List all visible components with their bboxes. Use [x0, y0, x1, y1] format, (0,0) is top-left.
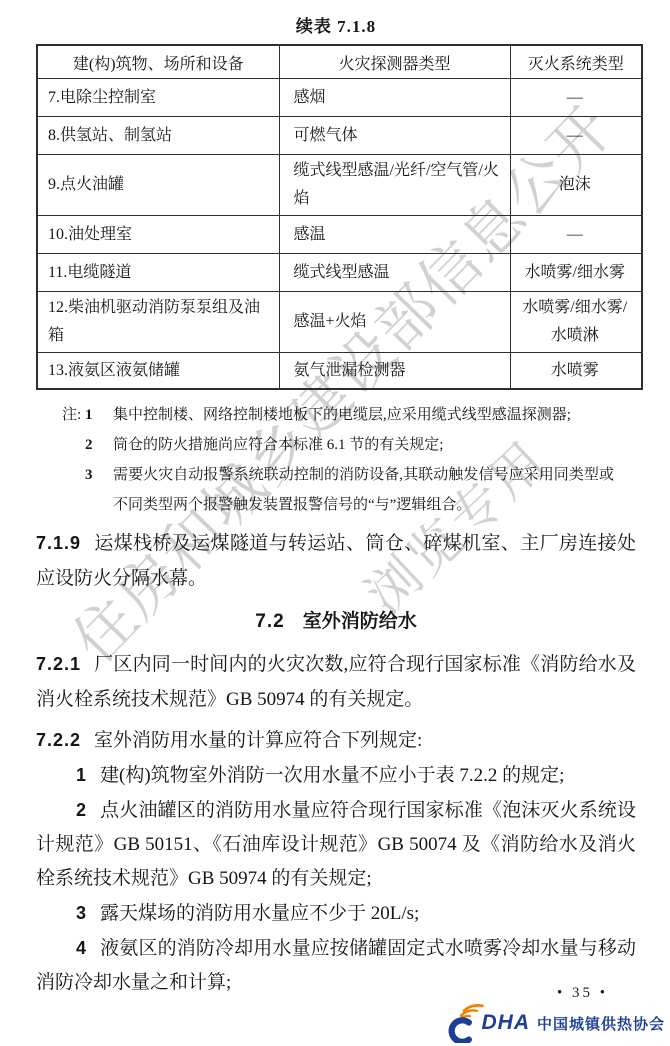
cell-building: 8.供氢站、制氢站	[37, 117, 279, 155]
section-number: 7.2	[255, 611, 284, 632]
cell-detector: 氨气泄漏检测器	[279, 353, 510, 390]
list-item-4: 4液氨区的消防冷却用水量应按储罐固定式水喷雾冷却水量与移动消防冷却水量之和计算;	[36, 931, 636, 1000]
item-text: 液氨区的消防冷却用水量应按储罐固定式水喷雾冷却水量与移动消防冷却水量之和计算;	[36, 938, 636, 993]
cell-detector: 缆式线型感温	[279, 254, 510, 292]
table-notes: 注: 1 集中控制楼、网络控制楼地板下的电缆层,应采用缆式线型感温探测器; 2 …	[62, 400, 614, 520]
page-number: • 35 •	[557, 985, 608, 1002]
table-row: 10.油处理室 感温 —	[37, 216, 642, 254]
clause-number: 7.1.9	[36, 533, 81, 553]
item-text: 点火油罐区的消防用水量应符合现行国家标准《泡沫灭火系统设计规范》GB 50151…	[36, 800, 636, 889]
clause-text: 室外消防用水量的计算应符合下列规定:	[94, 730, 422, 751]
table-row: 11.电缆隧道 缆式线型感温 水喷雾/细水雾	[37, 254, 642, 292]
cell-building: 10.油处理室	[37, 216, 279, 254]
cell-building: 7.电除尘控制室	[37, 79, 279, 117]
cell-detector: 可燃气体	[279, 117, 510, 155]
table-title: 续表 7.1.8	[36, 14, 636, 44]
clause-7-2-1: 7.2.1厂区内同一时间内的火灾次数,应符合现行国家标准《消防给水及消火栓系统技…	[36, 647, 636, 717]
table-row: 13.液氨区液氨储罐 氨气泄漏检测器 水喷雾	[37, 353, 642, 390]
note-number: 2	[85, 430, 113, 460]
note-item: 3 需要火灾自动报警系统联动控制的消防设备,其联动触发信号应采用同类型或不同类型…	[62, 460, 614, 520]
table-header-row: 建(构)筑物、场所和设备 火灾探测器类型 灭火系统类型	[37, 45, 642, 79]
col-header-building: 建(构)筑物、场所和设备	[37, 45, 279, 79]
note-label: 注:	[62, 400, 85, 430]
logo-acronym: DHA	[481, 1011, 530, 1035]
item-number: 2	[76, 800, 86, 820]
section-title: 室外消防给水	[303, 611, 417, 632]
note-item: 2 筒仓的防火措施尚应符合本标准 6.1 节的有关规定;	[62, 430, 614, 460]
cell-building: 13.液氨区液氨储罐	[37, 353, 279, 390]
table-row: 12.柴油机驱动消防泵泵组及油箱 感温+火焰 水喷雾/细水雾/水喷淋	[37, 292, 642, 353]
document-page: 住房和城乡建设部信息公开 浏览专用 续表 7.1.8 建(构)筑物、场所和设备 …	[0, 0, 670, 1046]
clause-7-2-2: 7.2.2室外消防用水量的计算应符合下列规定:	[36, 723, 636, 758]
item-text: 建(构)筑物室外消防一次用水量不应小于表 7.2.2 的规定;	[100, 765, 564, 786]
note-item: 注: 1 集中控制楼、网络控制楼地板下的电缆层,应采用缆式线型感温探测器;	[62, 400, 614, 430]
item-number: 3	[76, 903, 86, 923]
page-content: 续表 7.1.8 建(构)筑物、场所和设备 火灾探测器类型 灭火系统类型 7.电…	[0, 0, 670, 1000]
note-text: 集中控制楼、网络控制楼地板下的电缆层,应采用缆式线型感温探测器;	[113, 400, 614, 430]
item-text: 露天煤场的消防用水量应不少于 20L/s;	[100, 903, 419, 924]
cell-detector: 感烟	[279, 79, 510, 117]
item-number: 1	[76, 765, 86, 785]
col-header-extinguishing: 灭火系统类型	[510, 45, 642, 79]
list-item-2: 2点火油罐区的消防用水量应符合现行国家标准《泡沫灭火系统设计规范》GB 5015…	[36, 793, 636, 896]
table-row: 7.电除尘控制室 感烟 —	[37, 79, 642, 117]
cell-extinguishing: 水喷雾/细水雾	[510, 254, 642, 292]
logo-org-name: 中国城镇供热协会	[537, 1013, 665, 1034]
cell-building: 9.点火油罐	[37, 155, 279, 216]
cell-extinguishing: —	[510, 216, 642, 254]
clause-number: 7.2.1	[36, 654, 81, 674]
fire-detection-table: 建(构)筑物、场所和设备 火灾探测器类型 灭火系统类型 7.电除尘控制室 感烟 …	[36, 44, 643, 390]
note-number: 1	[85, 400, 113, 430]
item-number: 4	[76, 938, 86, 958]
note-number: 3	[85, 460, 113, 520]
note-text: 筒仓的防火措施尚应符合本标准 6.1 节的有关规定;	[113, 430, 614, 460]
section-heading-7-2: 7.2室外消防给水	[36, 608, 636, 635]
cell-detector: 缆式线型感温/光纤/空气管/火焰	[279, 155, 510, 216]
cell-building: 12.柴油机驱动消防泵泵组及油箱	[37, 292, 279, 353]
logo-mark-icon	[439, 1003, 487, 1043]
cell-detector: 感温+火焰	[279, 292, 510, 353]
cell-extinguishing: 水喷雾/细水雾/水喷淋	[510, 292, 642, 353]
cell-extinguishing: —	[510, 117, 642, 155]
cell-extinguishing: 泡沫	[510, 155, 642, 216]
list-item-1: 1建(构)筑物室外消防一次用水量不应小于表 7.2.2 的规定;	[36, 758, 636, 793]
association-logo: DHA 中国城镇供热协会	[439, 1003, 665, 1043]
cell-extinguishing: —	[510, 79, 642, 117]
clause-7-1-9: 7.1.9运煤栈桥及运煤隧道与转运站、筒仓、碎煤机室、主厂房连接处应设防火分隔水…	[36, 526, 636, 596]
clause-text: 厂区内同一时间内的火灾次数,应符合现行国家标准《消防给水及消火栓系统技术规范》G…	[36, 654, 636, 710]
note-text: 需要火灾自动报警系统联动控制的消防设备,其联动触发信号应采用同类型或不同类型两个…	[113, 460, 614, 520]
clause-text: 运煤栈桥及运煤隧道与转运站、筒仓、碎煤机室、主厂房连接处应设防火分隔水幕。	[36, 533, 636, 589]
list-item-3: 3露天煤场的消防用水量应不少于 20L/s;	[36, 896, 636, 931]
clause-number: 7.2.2	[36, 730, 81, 750]
cell-building: 11.电缆隧道	[37, 254, 279, 292]
table-row: 9.点火油罐 缆式线型感温/光纤/空气管/火焰 泡沫	[37, 155, 642, 216]
cell-detector: 感温	[279, 216, 510, 254]
col-header-detector: 火灾探测器类型	[279, 45, 510, 79]
cell-extinguishing: 水喷雾	[510, 353, 642, 390]
table-row: 8.供氢站、制氢站 可燃气体 —	[37, 117, 642, 155]
